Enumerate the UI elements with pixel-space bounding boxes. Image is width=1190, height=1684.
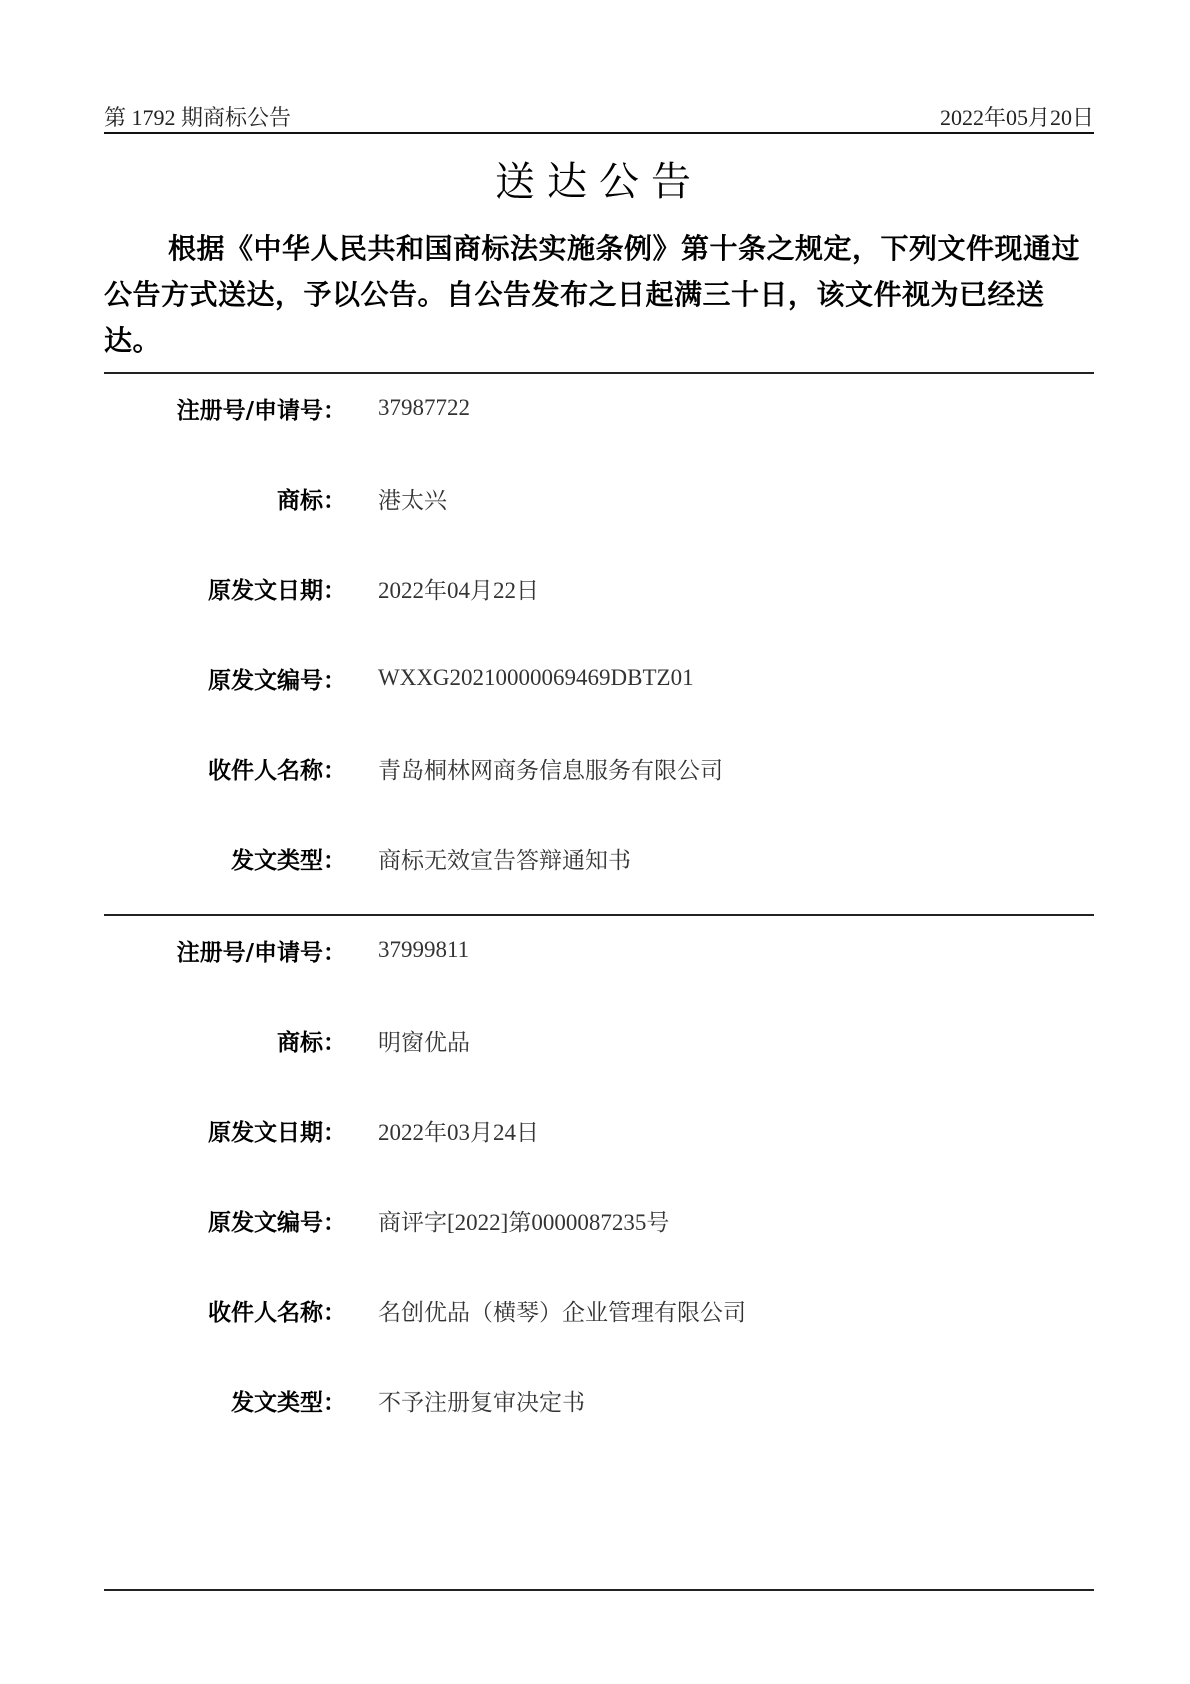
field-registration-number: 注册号/申请号： 37999811	[104, 930, 1094, 970]
field-recipient: 收件人名称： 青岛桐林网商务信息服务有限公司	[104, 748, 1094, 788]
field-registration-number: 注册号/申请号： 37987722	[104, 388, 1094, 428]
field-label: 原发文编号：	[104, 662, 346, 695]
field-value: 2022年04月22日	[378, 572, 539, 605]
field-value: 商标无效宣告答辩通知书	[378, 842, 631, 875]
field-label: 注册号/申请号：	[104, 934, 346, 967]
page-header: 第 1792 期商标公告 2022年05月20日	[104, 92, 1094, 132]
field-label: 原发文日期：	[104, 572, 346, 605]
issue-number: 第 1792 期商标公告	[104, 101, 291, 132]
field-original-doc-number: 原发文编号： WXXG20210000069469DBTZ01	[104, 658, 1094, 698]
field-value: 2022年03月24日	[378, 1114, 539, 1147]
field-label: 收件人名称：	[104, 752, 346, 785]
field-label: 发文类型：	[104, 842, 346, 875]
field-value: 名创优品（横琴）企业管理有限公司	[378, 1294, 746, 1327]
field-original-doc-number: 原发文编号： 商评字[2022]第0000087235号	[104, 1200, 1094, 1240]
field-value: 不予注册复审决定书	[378, 1384, 585, 1417]
field-label: 原发文日期：	[104, 1114, 346, 1147]
field-label: 商标：	[104, 1024, 346, 1057]
field-recipient: 收件人名称： 名创优品（横琴）企业管理有限公司	[104, 1290, 1094, 1330]
field-value: 港太兴	[378, 482, 447, 515]
field-doc-type: 发文类型： 商标无效宣告答辩通知书	[104, 838, 1094, 878]
header-divider	[104, 132, 1094, 134]
record-divider	[104, 372, 1094, 374]
publish-date: 2022年05月20日	[940, 101, 1094, 132]
field-trademark: 商标： 明窗优品	[104, 1020, 1094, 1060]
field-original-date: 原发文日期： 2022年03月24日	[104, 1110, 1094, 1150]
footer-divider	[104, 1589, 1094, 1591]
field-value: WXXG20210000069469DBTZ01	[378, 665, 694, 691]
field-trademark: 商标： 港太兴	[104, 478, 1094, 518]
field-label: 原发文编号：	[104, 1204, 346, 1237]
page-title: 送达公告	[104, 150, 1094, 207]
field-label: 注册号/申请号：	[104, 392, 346, 425]
field-value: 商评字[2022]第0000087235号	[378, 1204, 669, 1237]
field-value: 青岛桐林网商务信息服务有限公司	[378, 752, 723, 785]
field-label: 收件人名称：	[104, 1294, 346, 1327]
record-divider	[104, 914, 1094, 916]
intro-paragraph: 根据《中华人民共和国商标法实施条例》第十条之规定，下列文件现通过公告方式送达，予…	[104, 226, 1094, 364]
field-original-date: 原发文日期： 2022年04月22日	[104, 568, 1094, 608]
field-doc-type: 发文类型： 不予注册复审决定书	[104, 1380, 1094, 1420]
field-label: 商标：	[104, 482, 346, 515]
field-value: 37987722	[378, 395, 470, 421]
field-value: 明窗优品	[378, 1024, 470, 1057]
field-label: 发文类型：	[104, 1384, 346, 1417]
field-value: 37999811	[378, 937, 469, 963]
